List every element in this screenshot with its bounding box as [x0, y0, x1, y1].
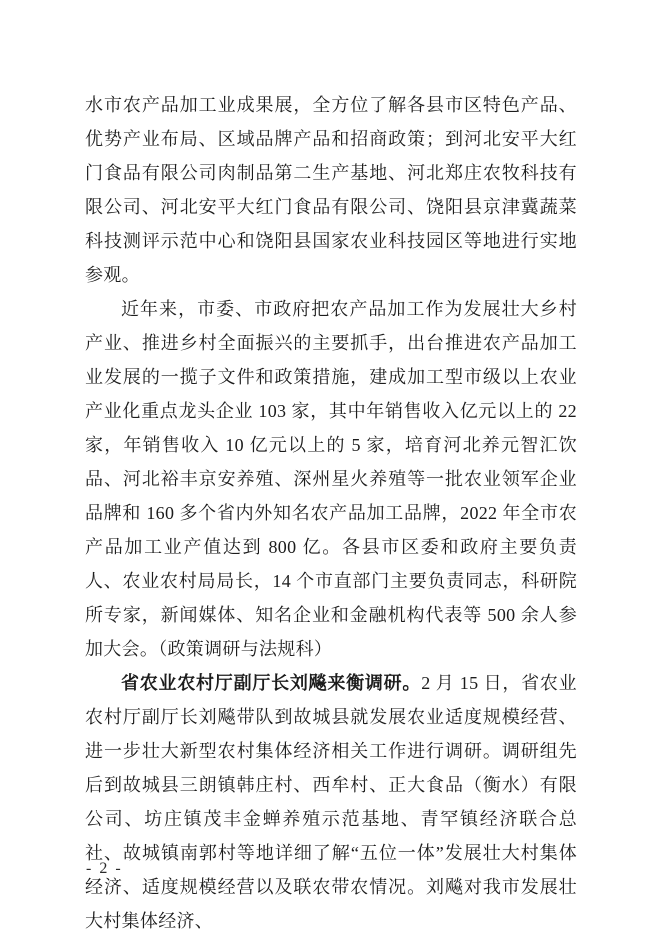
paragraph-research-visit: 省农业农村厅副厅长刘飚来衡调研。2 月 15 日，省农业农村厅副厅长刘飚带队到故…: [85, 666, 577, 936]
paragraph-text: 水市农产品加工业成果展，全方位了解各县市区特色产品、优势产业布局、区域品牌产品和…: [85, 95, 577, 285]
paragraph-text: 2 月 15 日，省农业农村厅副厅长刘飚带队到故城县就发展农业适度规模经营、进一…: [85, 673, 577, 931]
paragraph-lead-bold-text: 省农业农村厅副厅长刘飚来衡调研。: [121, 673, 421, 693]
paragraph-industry-overview: 近年来，市委、市政府把农产品加工作为发展壮大乡村产业、推进乡村全面振兴的主要抓手…: [85, 292, 577, 666]
paragraph-text: 近年来，市委、市政府把农产品加工作为发展壮大乡村产业、推进乡村全面振兴的主要抓手…: [85, 299, 577, 659]
page-number: - 2 -: [86, 858, 123, 880]
document-body: 水市农产品加工业成果展，全方位了解各县市区特色产品、优势产业布局、区域品牌产品和…: [85, 88, 577, 936]
document-page: 水市农产品加工业成果展，全方位了解各县市区特色产品、优势产业布局、区域品牌产品和…: [0, 0, 662, 936]
paragraph-continuation: 水市农产品加工业成果展，全方位了解各县市区特色产品、优势产业布局、区域品牌产品和…: [85, 88, 577, 292]
